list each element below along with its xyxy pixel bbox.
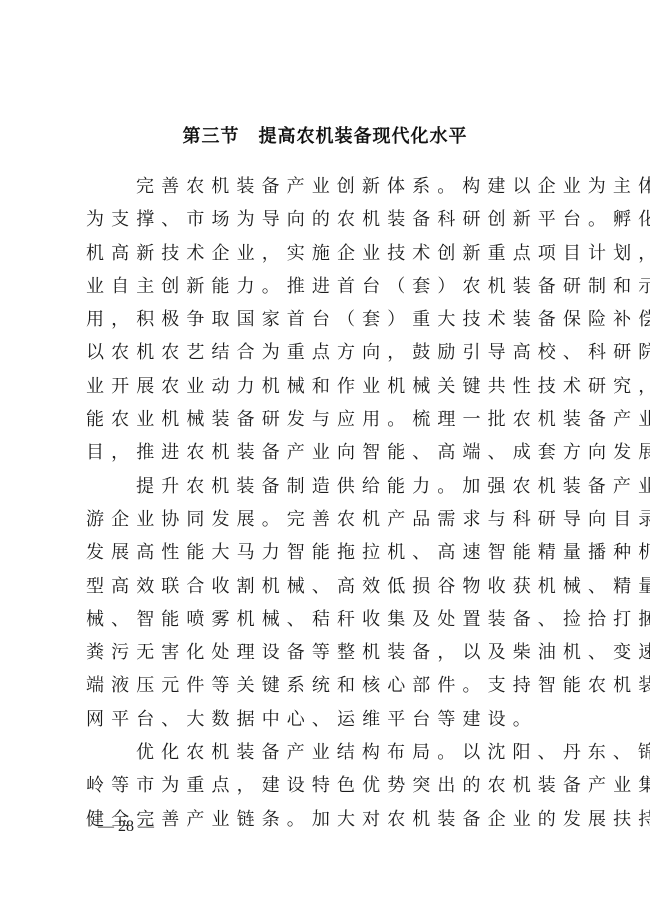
- text-line: 业开展农业动力机械和作业机械关键共性技术研究，推进智: [86, 370, 568, 403]
- text-line: 型高效联合收割机械、高效低损谷物收获机械、精量施肥机: [86, 570, 568, 603]
- text-line: 业自主创新能力。推进首台（套）农机装备研制和示范应: [86, 270, 568, 303]
- text-line: 完善农机装备产业创新体系。构建以企业为主体、科技: [86, 170, 568, 203]
- text-line: 网平台、大数据中心、运维平台等建设。: [86, 703, 568, 736]
- text-line: 发展高性能大马力智能拖拉机、高速智能精量播种机械、大: [86, 536, 568, 569]
- text-line: 粪污无害化处理设备等整机装备，以及柴油机、变速箱、高: [86, 636, 568, 669]
- text-line: 岭等市为重点，建设特色优势突出的农机装备产业集聚区，: [86, 769, 568, 802]
- text-line: 机高新技术企业，实施企业技术创新重点项目计划，提升企: [86, 237, 568, 270]
- section-title: 第三节 提高农机装备现代化水平: [0, 122, 650, 148]
- text-line: 提升农机装备制造供给能力。加强农机装备产业链上下: [86, 470, 568, 503]
- body-text: 完善农机装备产业创新体系。构建以企业为主体、科技 为支撑、市场为导向的农机装备科…: [86, 170, 568, 836]
- page-number: — 28 —: [98, 818, 154, 836]
- text-line: 能农业机械装备研发与应用。梳理一批农机装备产业重点项: [86, 403, 568, 436]
- text-line: 目，推进农机装备产业向智能、高端、成套方向发展。: [86, 436, 568, 469]
- text-line: 游企业协同发展。完善农机产品需求与科研导向目录。鼓励: [86, 503, 568, 536]
- text-line: 为支撑、市场为导向的农机装备科研创新平台。孵化培育农: [86, 203, 568, 236]
- document-page: 第三节 提高农机装备现代化水平 完善农机装备产业创新体系。构建以企业为主体、科技…: [0, 0, 650, 919]
- text-line: 械、智能喷雾机械、秸秆收集及处置装备、捡拾打捆机械、: [86, 603, 568, 636]
- text-line: 用，积极争取国家首台（套）重大技术装备保险补偿政策。: [86, 303, 568, 336]
- text-line: 优化农机装备产业结构布局。以沈阳、丹东、锦州、铁: [86, 736, 568, 769]
- text-line: 以农机农艺结合为重点方向，鼓励引导高校、科研院所和企: [86, 336, 568, 369]
- text-line: 健全完善产业链条。加大对农机装备企业的发展扶持，鼓励: [86, 803, 568, 836]
- text-line: 端液压元件等关键系统和核心部件。支持智能农机装备物联: [86, 669, 568, 702]
